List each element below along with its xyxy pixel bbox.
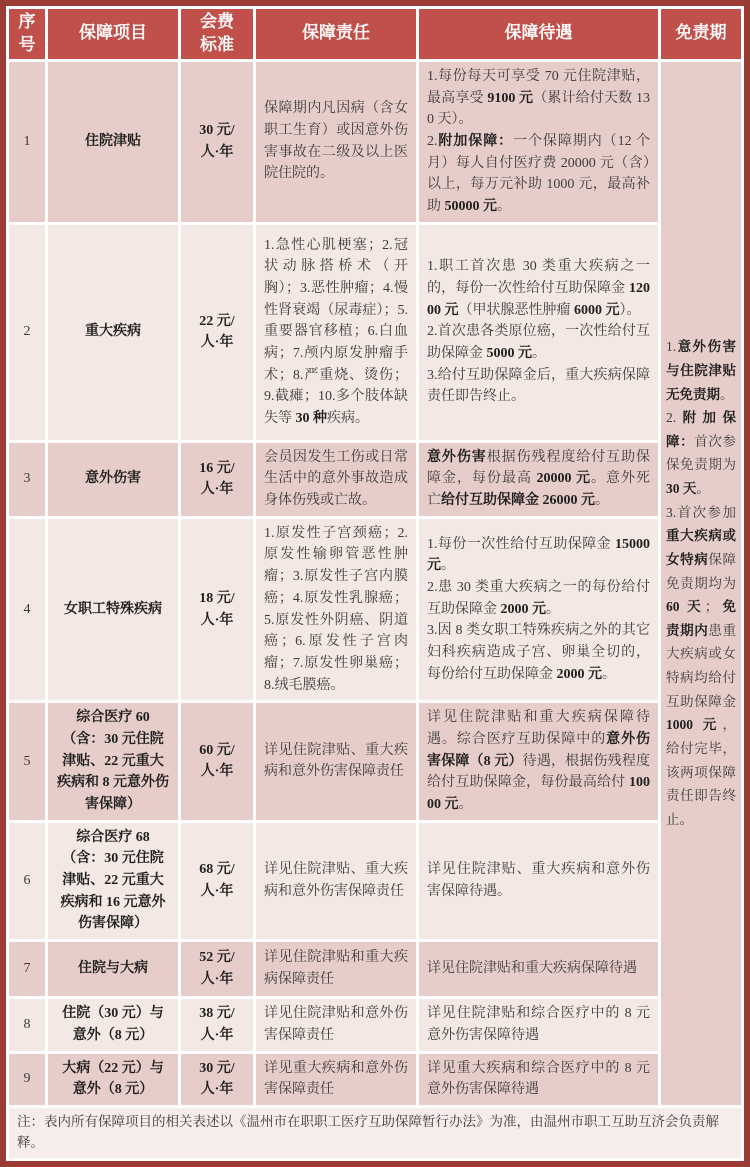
cell-duty: 详见住院津贴和意外伤害保障责任 <box>256 999 416 1050</box>
table-row: 7 住院与大病 52 元/人·年 详见住院津贴和重大疾病保障责任 详见住院津贴和… <box>9 942 741 996</box>
table-row: 6 综合医疗 68 （含：30 元住院津贴、22 元重大疾病和 16 元意外伤害… <box>9 823 741 939</box>
footnote: 注：表内所有保障项目的相关表述以《温州市在职职工医疗互助保障暂行办法》为准，由温… <box>9 1108 741 1158</box>
cell-duty: 保障期内凡因病（含女职工生育）或因意外伤害事故在二级及以上医院住院的。 <box>256 62 416 222</box>
col-header-no: 序 号 <box>9 9 45 59</box>
cell-benefit: 1.每份一次性给付互助保障金 15000 元。2.患 30 类重大疾病之一的每份… <box>419 519 658 701</box>
cell-benefit: 详见住院津贴、重大疾病和意外伤害保障待遇。 <box>419 823 658 939</box>
cell-no: 2 <box>9 225 45 440</box>
cell-item: 女职工特殊疾病 <box>48 519 178 701</box>
col-header-fee: 会费 标准 <box>181 9 253 59</box>
cell-no: 5 <box>9 703 45 819</box>
cell-no: 7 <box>9 942 45 996</box>
table-row: 4 女职工特殊疾病 18 元/人·年 1.原发性子宫颈癌；2.原发性输卵管恶性肿… <box>9 519 741 701</box>
cell-benefit: 详见住院津贴和重大疾病保障待遇。综合医疗互助保障中的意外伤害保障（8 元）待遇，… <box>419 703 658 819</box>
cell-item: 综合医疗 68 （含：30 元住院津贴、22 元重大疾病和 16 元意外伤害保障… <box>48 823 178 939</box>
cell-benefit: 1.职工首次患 30 类重大疾病之一的，每份一次性给付互助保障金 12000 元… <box>419 225 658 440</box>
cell-item: 意外伤害 <box>48 443 178 516</box>
cell-fee: 18 元/人·年 <box>181 519 253 701</box>
cell-no: 9 <box>9 1054 45 1105</box>
cell-duty: 1.原发性子宫颈癌；2.原发性输卵管恶性肿瘤；3.原发性子宫内膜癌；4.原发性乳… <box>256 519 416 701</box>
table-row: 1 住院津贴 30 元/人·年 保障期内凡因病（含女职工生育）或因意外伤害事故在… <box>9 62 741 222</box>
cell-fee: 60 元/人·年 <box>181 703 253 819</box>
cell-benefit: 详见重大疾病和综合医疗中的 8 元意外伤害保障待遇 <box>419 1054 658 1105</box>
cell-item: 住院（30 元）与 意外（8 元） <box>48 999 178 1050</box>
table-body: 1 住院津贴 30 元/人·年 保障期内凡因病（含女职工生育）或因意外伤害事故在… <box>9 62 741 1105</box>
cell-no: 3 <box>9 443 45 516</box>
cell-fee: 52 元/人·年 <box>181 942 253 996</box>
table-row: 3 意外伤害 16 元/人·年 会员因发生工伤或日常生活中的意外事故造成身体伤残… <box>9 443 741 516</box>
col-header-benefit: 保障待遇 <box>419 9 658 59</box>
cell-no: 1 <box>9 62 45 222</box>
cell-fee: 30 元/人·年 <box>181 62 253 222</box>
cell-fee: 22 元/人·年 <box>181 225 253 440</box>
cell-item: 重大疾病 <box>48 225 178 440</box>
cell-benefit: 意外伤害根据伤残程度给付互助保障金，每份最高 20000 元。意外死亡给付互助保… <box>419 443 658 516</box>
cell-fee: 68 元/人·年 <box>181 823 253 939</box>
cell-item: 综合医疗 60 （含：30 元住院津贴、22 元重大疾病和 8 元意外伤害保障） <box>48 703 178 819</box>
cell-benefit: 详见住院津贴和重大疾病保障待遇 <box>419 942 658 996</box>
cell-item: 住院与大病 <box>48 942 178 996</box>
cell-no: 6 <box>9 823 45 939</box>
cell-duty: 详见重大疾病和意外伤害保障责任 <box>256 1054 416 1105</box>
table-row: 5 综合医疗 60 （含：30 元住院津贴、22 元重大疾病和 8 元意外伤害保… <box>9 703 741 819</box>
cell-fee: 38 元/人·年 <box>181 999 253 1050</box>
cell-benefit: 详见住院津贴和综合医疗中的 8 元意外伤害保障待遇 <box>419 999 658 1050</box>
table-header: 序 号 保障项目 会费 标准 保障责任 保障待遇 免责期 <box>9 9 741 59</box>
cell-duty: 详见住院津贴、重大疾病和意外伤害保障责任 <box>256 703 416 819</box>
cell-no: 8 <box>9 999 45 1050</box>
header-row: 序 号 保障项目 会费 标准 保障责任 保障待遇 免责期 <box>9 9 741 59</box>
benefits-table: 序 号 保障项目 会费 标准 保障责任 保障待遇 免责期 1 住院津贴 30 元… <box>6 6 744 1161</box>
col-header-exemption: 免责期 <box>661 9 741 59</box>
cell-fee: 16 元/人·年 <box>181 443 253 516</box>
cell-no: 4 <box>9 519 45 701</box>
cell-benefit: 1.每份每天可享受 70 元住院津贴，最高享受 9100 元（累计给付天数 13… <box>419 62 658 222</box>
table-row: 8 住院（30 元）与 意外（8 元） 38 元/人·年 详见住院津贴和意外伤害… <box>9 999 741 1050</box>
cell-duty: 会员因发生工伤或日常生活中的意外事故造成身体伤残或亡故。 <box>256 443 416 516</box>
col-header-duty: 保障责任 <box>256 9 416 59</box>
col-header-item: 保障项目 <box>48 9 178 59</box>
cell-duty: 详见住院津贴和重大疾病保障责任 <box>256 942 416 996</box>
cell-item: 住院津贴 <box>48 62 178 222</box>
footnote-row: 注：表内所有保障项目的相关表述以《温州市在职职工医疗互助保障暂行办法》为准，由温… <box>9 1108 741 1158</box>
cell-duty: 1.急性心肌梗塞；2.冠状动脉搭桥术（开胸）；3.恶性肿瘤；4.慢性肾衰竭（尿毒… <box>256 225 416 440</box>
table-row: 9 大病（22 元）与 意外（8 元） 30 元/人·年 详见重大疾病和意外伤害… <box>9 1054 741 1105</box>
cell-item: 大病（22 元）与 意外（8 元） <box>48 1054 178 1105</box>
table-frame: 序 号 保障项目 会费 标准 保障责任 保障待遇 免责期 1 住院津贴 30 元… <box>0 0 750 1167</box>
cell-duty: 详见住院津贴、重大疾病和意外伤害保障责任 <box>256 823 416 939</box>
table-row: 2 重大疾病 22 元/人·年 1.急性心肌梗塞；2.冠状动脉搭桥术（开胸）；3… <box>9 225 741 440</box>
cell-fee: 30 元/人·年 <box>181 1054 253 1105</box>
cell-exemption: 1.意外伤害与住院津贴无免责期。2.附加保障：首次参保免责期为 30 天。3.首… <box>661 62 741 1105</box>
